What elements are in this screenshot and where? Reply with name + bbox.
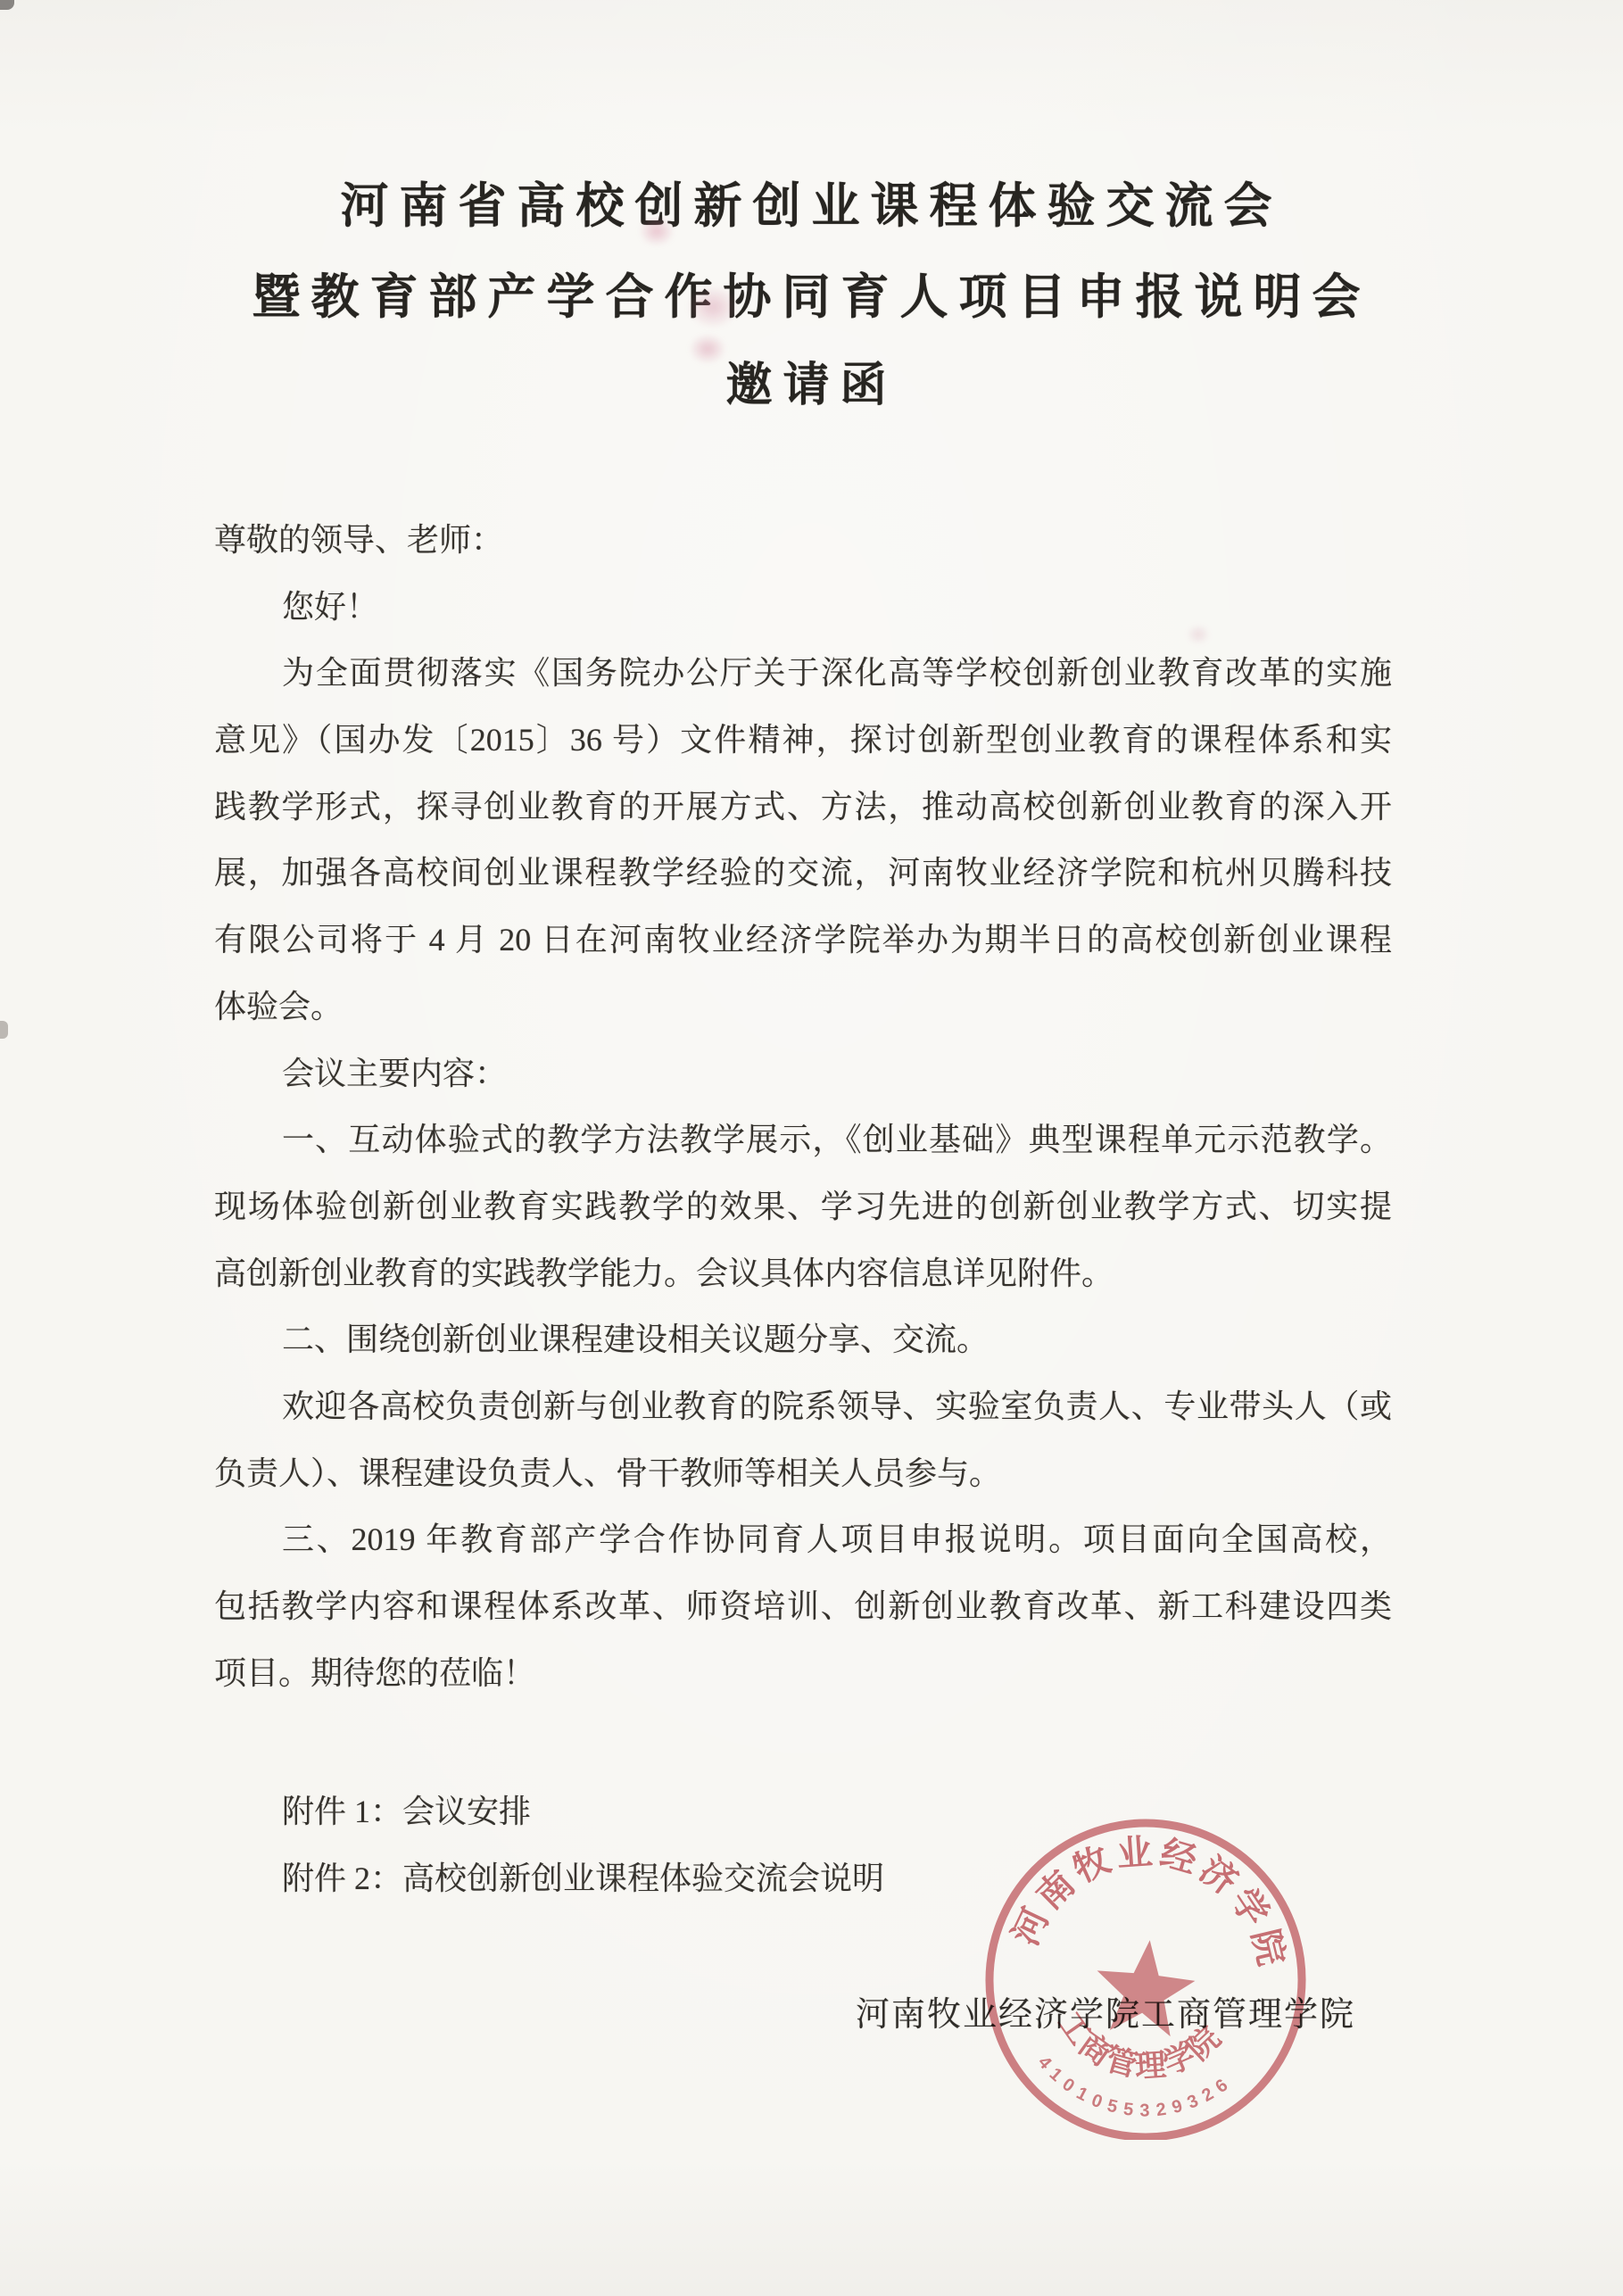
- body-line: 展，加强各高校间创业课程教学经验的交流，河南牧业经济学院和杭州贝腾科技: [214, 840, 1392, 907]
- body-line: 二、围绕创新创业课程建设相关议题分享、交流。: [214, 1306, 1392, 1373]
- title-line-1: 河南省高校创新创业课程体验交流会: [0, 168, 1623, 236]
- body-line: 项目。期待您的莅临！: [214, 1640, 1392, 1707]
- body-line: 三、2019 年教育部产学合作协同育人项目申报说明。项目面向全国高校，: [214, 1506, 1392, 1573]
- svg-text:4101055329326: 4101055329326: [1030, 2051, 1239, 2131]
- scan-speck: [0, 1021, 8, 1039]
- body-line: 有限公司将于 4 月 20 日在河南牧业经济学院举办为期半日的高校创新创业课程: [214, 907, 1392, 974]
- title-line-2: 暨教育部产学合作协同育人项目申报说明会: [0, 259, 1623, 327]
- body-line: 现场体验创新创业教育实践教学的效果、学习先进的创新创业教学方式、切实提: [214, 1173, 1392, 1240]
- scanned-invitation-page: { "document": { "title_lines": [ "河南省高校创…: [0, 0, 1623, 2296]
- attachment-list: 附件 1：会议安排附件 2：高校创新创业课程体验交流会说明: [214, 1778, 1392, 1911]
- body-line: 欢迎各高校负责创新与创业教育的院系领导、实验室负责人、专业带头人（或: [214, 1373, 1392, 1440]
- body-line: 一、互动体验式的教学方法教学展示，《创业基础》典型课程单元示范教学。: [214, 1107, 1392, 1173]
- body-line: 包括教学内容和课程体系改革、师资培训、创新创业教育改革、新工科建设四类: [214, 1573, 1392, 1640]
- body-line: 您好！: [214, 574, 1392, 641]
- body-line: 尊敬的领导、老师：: [214, 507, 1392, 574]
- seal-serial: 4101055329326: [1030, 2051, 1239, 2131]
- body-line: 体验会。: [214, 974, 1392, 1040]
- scan-speck: [0, 0, 14, 10]
- body-line: 负责人）、课程建设负责人、骨干教师等相关人员参与。: [214, 1440, 1392, 1507]
- title-line-3: 邀请函: [0, 347, 1623, 414]
- attachment-line: 附件 1：会议安排: [214, 1778, 1392, 1845]
- body-line: 高创新创业教育的实践教学能力。会议具体内容信息详见附件。: [214, 1240, 1392, 1307]
- body-line: 为全面贯彻落实《国务院办公厅关于深化高等学校创新创业教育改革的实施: [214, 640, 1392, 707]
- letter-body: 尊敬的领导、老师：您好！为全面贯彻落实《国务院办公厅关于深化高等学校创新创业教育…: [214, 507, 1392, 1706]
- body-line: 践教学形式，探寻创业教育的开展方式、方法，推动高校创新创业教育的深入开: [214, 774, 1392, 841]
- signature-text: 河南牧业经济学院工商管理学院: [856, 1986, 1355, 2035]
- attachment-line: 附件 2：高校创新创业课程体验交流会说明: [214, 1845, 1392, 1912]
- body-line: 会议主要内容：: [214, 1040, 1392, 1107]
- body-line: 意见》（国办发〔2015〕36 号）文件精神，探讨创新型创业教育的课程体系和实: [214, 707, 1392, 774]
